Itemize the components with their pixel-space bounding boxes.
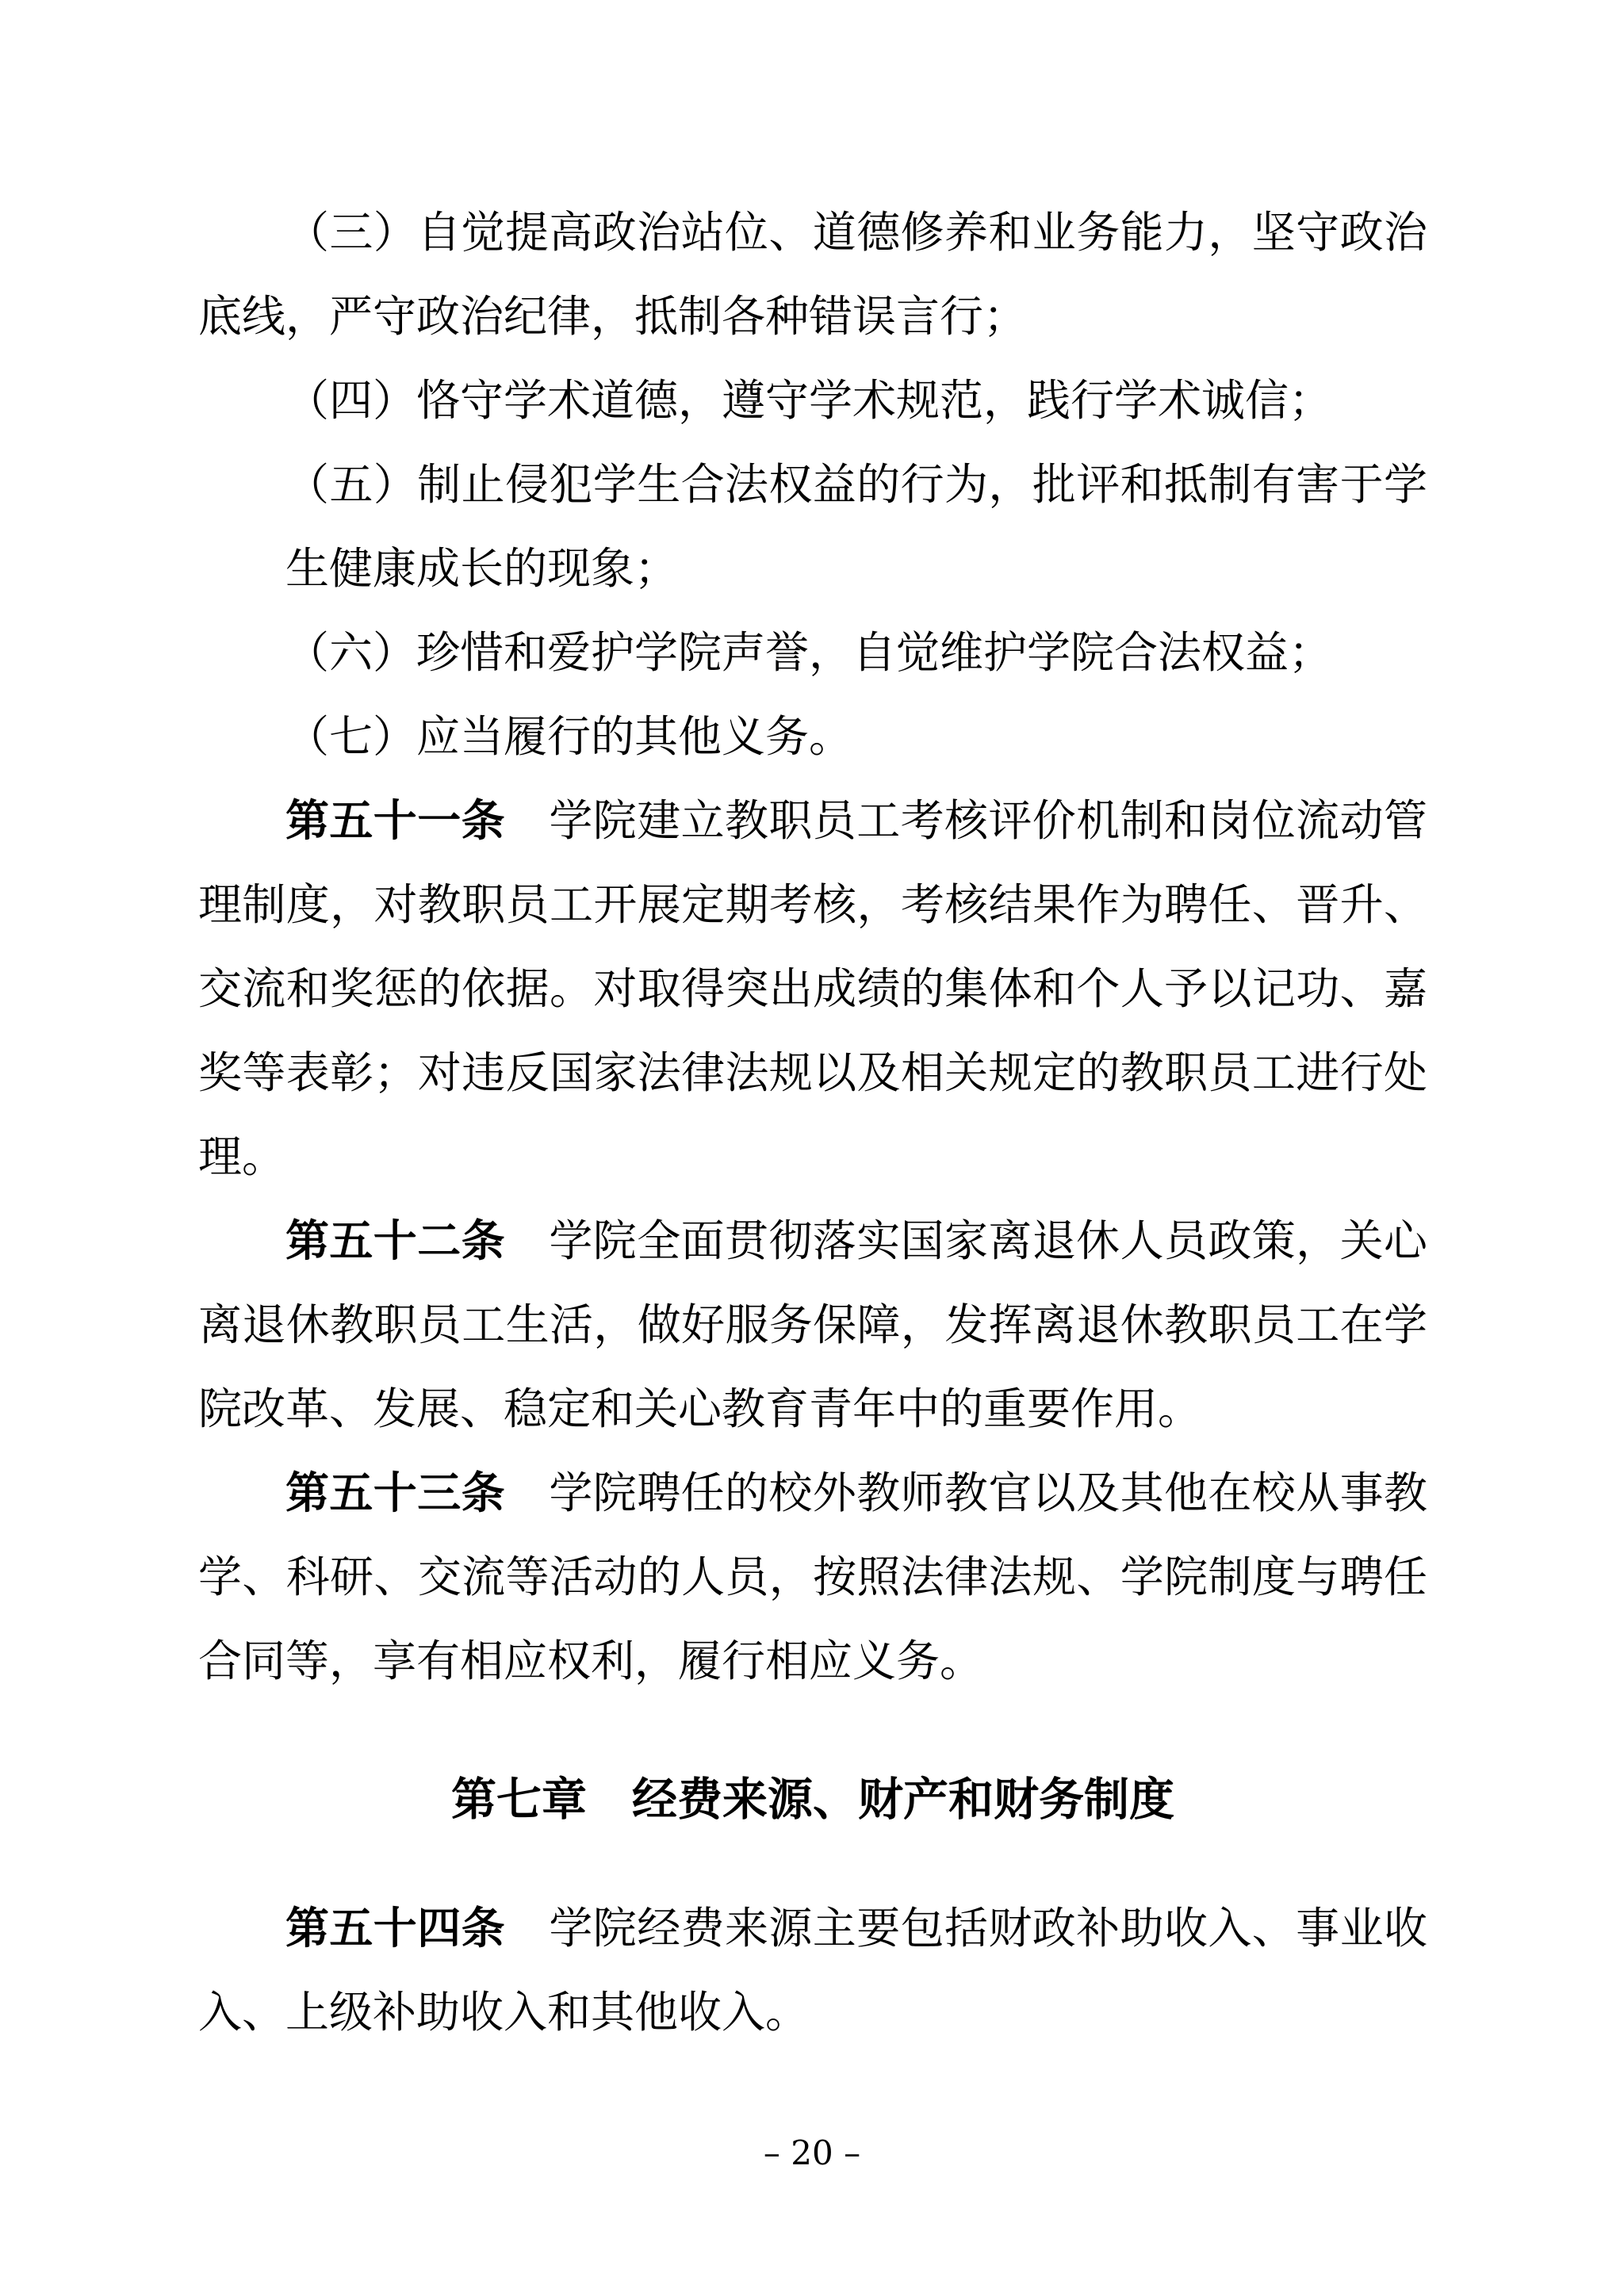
article-number: 第五十二条 <box>285 1215 505 1266</box>
chapter-heading: 第七章 经费来源、财产和财务制度 <box>198 1758 1427 1842</box>
list-item-paragraph: （四）恪守学术道德，遵守学术规范，践行学术诚信； <box>198 358 1427 442</box>
page-number: – 20 – <box>0 2131 1624 2175</box>
article-number: 第五十一条 <box>285 795 505 846</box>
list-item-paragraph: （三）自觉提高政治站位、道德修养和业务能力，坚守政治底线，严守政治纪律，抵制各种… <box>198 190 1427 358</box>
article-number: 第五十四条 <box>285 1903 505 1954</box>
article-text: 学院建立教职员工考核评价机制和岗位流动管理制度，对教职员工开展定期考核，考核结果… <box>198 795 1427 1182</box>
article-number: 第五十三条 <box>285 1468 505 1518</box>
list-item-paragraph: （六）珍惜和爱护学院声誉，自觉维护学院合法权益； <box>198 610 1427 695</box>
list-item-paragraph: （五）制止侵犯学生合法权益的行为，批评和抵制有害于学生健康成长的现象； <box>285 442 1427 610</box>
article-paragraph: 第五十二条 学院全面贯彻落实国家离退休人员政策，关心离退休教职员工生活，做好服务… <box>198 1199 1427 1451</box>
document-page: （三）自觉提高政治站位、道德修养和业务能力，坚守政治底线，严守政治纪律，抵制各种… <box>0 0 1624 2296</box>
article-paragraph: 第五十四条 学院经费来源主要包括财政补助收入、事业收入、上级补助收入和其他收入。 <box>198 1886 1427 2054</box>
document-body: （三）自觉提高政治站位、道德修养和业务能力，坚守政治底线，严守政治纪律，抵制各种… <box>198 190 1427 2054</box>
article-paragraph: 第五十一条 学院建立教职员工考核评价机制和岗位流动管理制度，对教职员工开展定期考… <box>198 779 1427 1199</box>
list-item-paragraph: （七）应当履行的其他义务。 <box>198 695 1427 779</box>
article-paragraph: 第五十三条 学院聘任的校外教师教官以及其他在校从事教学、科研、交流等活动的人员，… <box>198 1451 1427 1703</box>
